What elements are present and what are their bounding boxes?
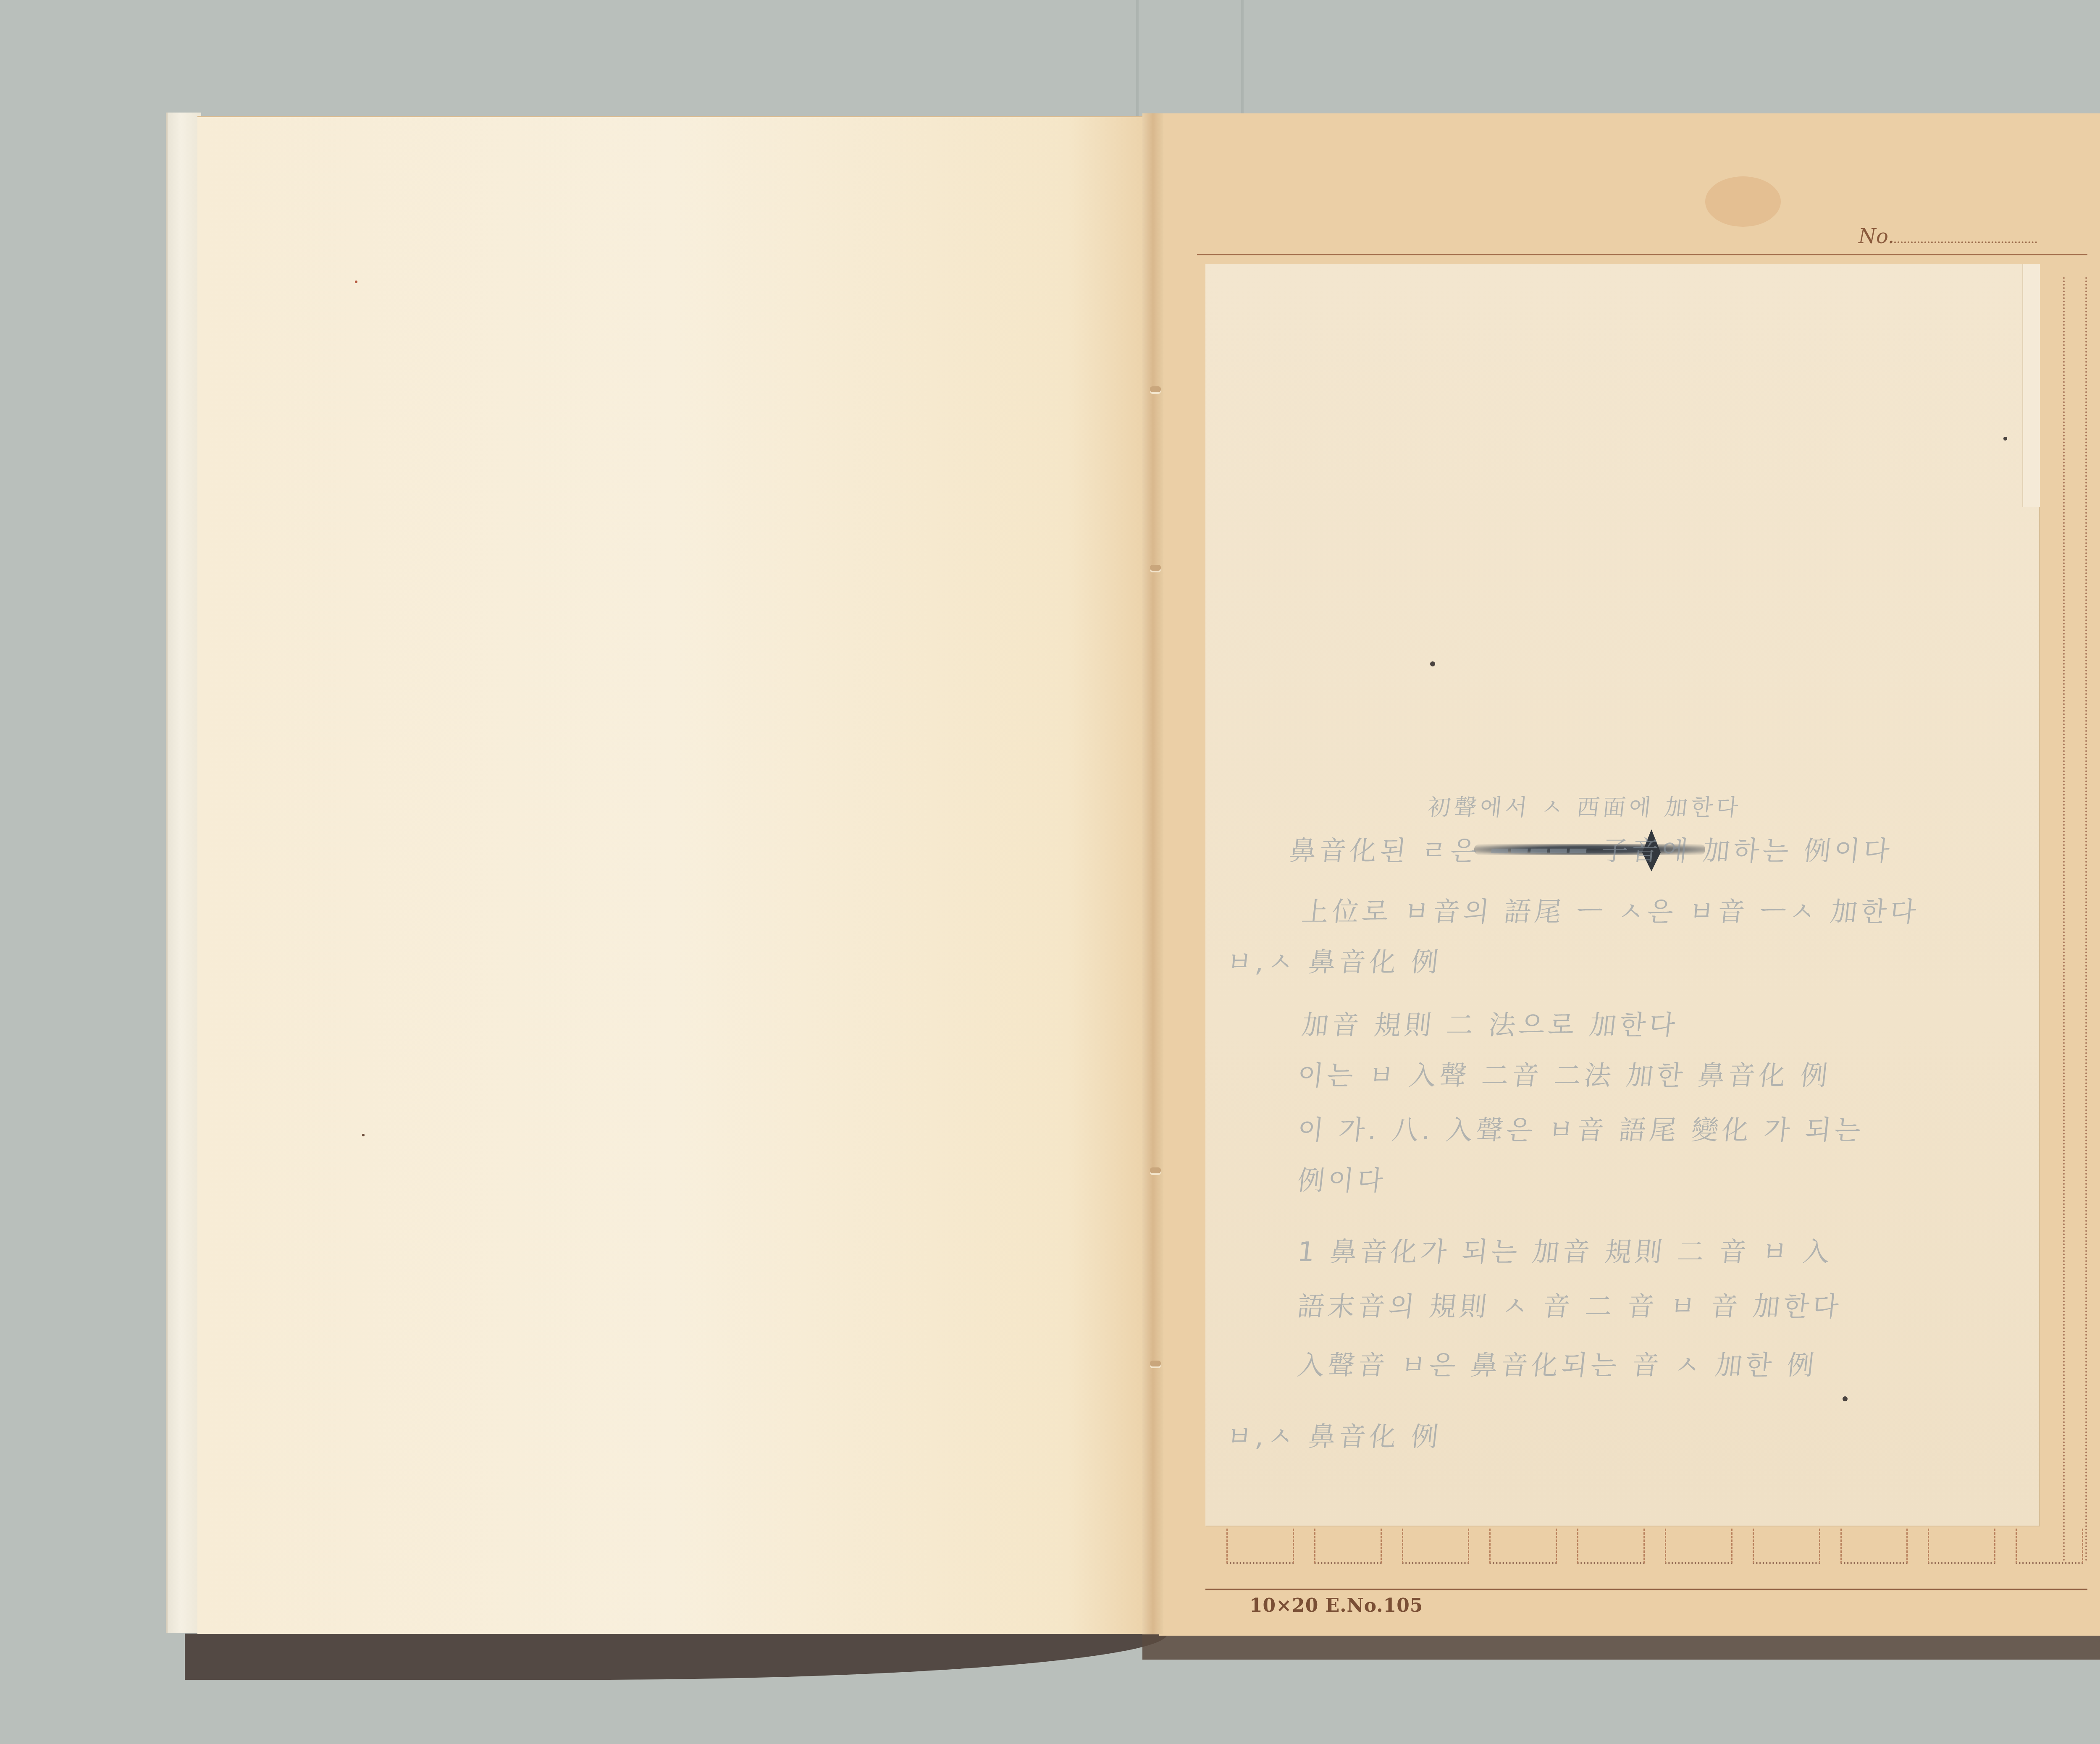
form-code: 10×20 E.No.105 xyxy=(1249,1595,1423,1616)
handwritten-line: 初聲에서 ㅅ 西面에 加한다 xyxy=(1426,789,1743,822)
cover-edge xyxy=(166,113,201,1633)
binding-hole xyxy=(1150,386,1161,392)
paper-speck xyxy=(355,281,357,283)
number-label: No. xyxy=(1858,225,1894,248)
grid-cell xyxy=(1402,1529,1470,1564)
handwritten-line: 上位로 ㅂ音의 語尾 ㅡ ㅅ은 ㅂ音 ㅡㅅ 加한다 xyxy=(1300,890,1921,929)
grid-column-line xyxy=(2085,277,2087,1562)
sheet-fold xyxy=(2022,264,2040,507)
number-field xyxy=(1894,241,2037,243)
paper-speck xyxy=(2003,437,2007,441)
grid-cell xyxy=(1577,1529,1645,1564)
grid-cell xyxy=(1226,1529,1294,1564)
binding-hole xyxy=(1150,565,1161,571)
handwritten-line: 加音 規則 二 法으로 加한다 xyxy=(1300,1004,1680,1042)
footer-rule xyxy=(1205,1589,2087,1590)
handwritten-line: ㅂ,ㅅ 鼻音化 例 xyxy=(1224,1415,1444,1454)
left-page xyxy=(197,116,1144,1634)
background-seam xyxy=(1136,0,1139,122)
handwritten-line: 이는 ㅂ 入聲 二音 二法 加한 鼻音化 例 xyxy=(1296,1054,1833,1093)
grid-cell xyxy=(1928,1529,1995,1564)
handwritten-line: 鼻音化된 ㄹ은 ━━━━━ 子音에 加하는 例이다 xyxy=(1287,829,1895,868)
handwritten-line: 入聲音 ㅂ은 鼻音化되는 音 ㅅ 加한 例 xyxy=(1296,1344,1819,1382)
header-rule xyxy=(1197,254,2087,255)
grid-cell xyxy=(1489,1529,1557,1564)
paper-speck xyxy=(1430,661,1435,666)
handwritten-line: 1 鼻音化가 되는 加音 規則 二 音 ㅂ 入 xyxy=(1296,1230,1835,1269)
paper-speck xyxy=(1843,1396,1848,1401)
book-gutter xyxy=(1142,113,1163,1634)
grid-cell xyxy=(1840,1529,1908,1564)
paper-speck xyxy=(362,1134,365,1136)
handwritten-line: 語末音의 規則 ㅅ 音 二 音 ㅂ 音 加한다 xyxy=(1296,1285,1844,1324)
binding-hole xyxy=(1150,1167,1161,1173)
handwritten-line: 이 가. 八. 入聲은 ㅂ音 語尾 變化 가 되는 xyxy=(1296,1109,1866,1147)
handwritten-line: 例이다 xyxy=(1296,1159,1389,1198)
binding-hole xyxy=(1150,1361,1161,1366)
grid-cell xyxy=(1665,1529,1732,1564)
grid-cell xyxy=(1314,1529,1382,1564)
paper-stain xyxy=(1705,176,1781,227)
book-shadow xyxy=(185,1634,1168,1680)
grid-cell xyxy=(2016,1529,2083,1564)
book-shadow xyxy=(1142,1634,2100,1660)
handwritten-line: ㅂ,ㅅ 鼻音化 例 xyxy=(1224,941,1444,979)
grid-cell xyxy=(1753,1529,1820,1564)
background-seam xyxy=(1241,0,1244,122)
grid-column-line xyxy=(2063,277,2065,1562)
manuscript-grid xyxy=(1226,1529,2083,1566)
